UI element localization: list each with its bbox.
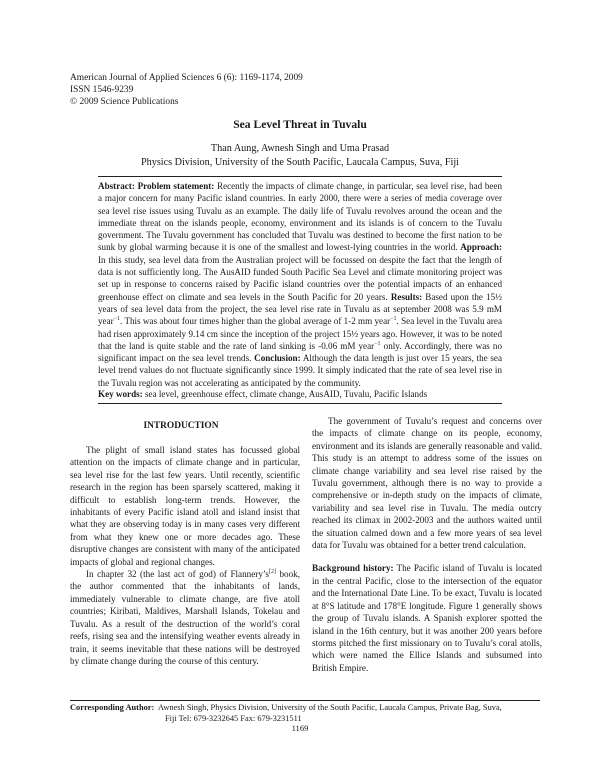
paper-title: Sea Level Threat in Tuvalu bbox=[0, 118, 600, 131]
intro-p2-rest: book, the author commented that the inha… bbox=[70, 569, 300, 666]
right-column: The government of Tuvalu’s request and c… bbox=[312, 415, 542, 674]
authors: Than Aung, Awnesh Singh and Uma Prasad bbox=[0, 142, 600, 156]
author-block: Than Aung, Awnesh Singh and Uma Prasad P… bbox=[0, 142, 600, 170]
approach-label: Approach: bbox=[460, 242, 502, 252]
problem-statement-text: Recently the impacts of climate change, … bbox=[98, 181, 502, 252]
conclusion-label: Conclusion: bbox=[254, 353, 301, 363]
left-column: The plight of small island states has fo… bbox=[70, 444, 300, 667]
corresponding-author-label: Corresponding Author: bbox=[70, 703, 154, 712]
corresponding-author-line1: Awnesh Singh, Physics Division, Universi… bbox=[158, 703, 502, 712]
intro-p2-start: In chapter 32 (the last act of god) of F… bbox=[86, 569, 269, 579]
results-label: Results: bbox=[391, 292, 422, 302]
keywords: Key words: sea level, greenhouse effect,… bbox=[98, 389, 502, 399]
results-text-2: . This was about four times higher than … bbox=[120, 316, 390, 326]
citation-ref: [2] bbox=[269, 569, 276, 575]
intro-paragraph-1: The plight of small island states has fo… bbox=[70, 444, 300, 568]
background-paragraph: Background history: The Pacific island o… bbox=[312, 562, 542, 674]
abstract-label: Abstract: bbox=[98, 181, 135, 191]
problem-statement-label: Problem statement: bbox=[138, 181, 215, 191]
affiliation: Physics Division, University of the Sout… bbox=[0, 156, 600, 170]
keywords-label: Key words: bbox=[98, 389, 143, 399]
intro-paragraph-2: In chapter 32 (the last act of god) of F… bbox=[70, 568, 300, 667]
section-heading-introduction: INTRODUCTION bbox=[60, 421, 302, 431]
keywords-bottom-rule bbox=[98, 403, 502, 404]
background-label: Background history: bbox=[312, 563, 394, 573]
journal-citation: American Journal of Applied Sciences 6 (… bbox=[70, 72, 303, 108]
page-number: 1169 bbox=[0, 723, 600, 733]
copyright: © 2009 Science Publications bbox=[70, 96, 303, 108]
journal-line: American Journal of Applied Sciences 6 (… bbox=[70, 72, 303, 84]
issn: ISSN 1546-9239 bbox=[70, 84, 303, 96]
corresponding-author: Corresponding Author: Awnesh Singh, Phys… bbox=[70, 703, 540, 724]
footer-rule bbox=[70, 700, 540, 701]
background-text: The Pacific island of Tuvalu is located … bbox=[312, 563, 542, 672]
intro-paragraph-3: The government of Tuvalu’s request and c… bbox=[312, 415, 542, 551]
abstract-top-rule bbox=[98, 176, 502, 177]
abstract: Abstract: Problem statement: Recently th… bbox=[98, 180, 502, 389]
keywords-text: sea level, greenhouse effect, climate ch… bbox=[145, 389, 427, 399]
